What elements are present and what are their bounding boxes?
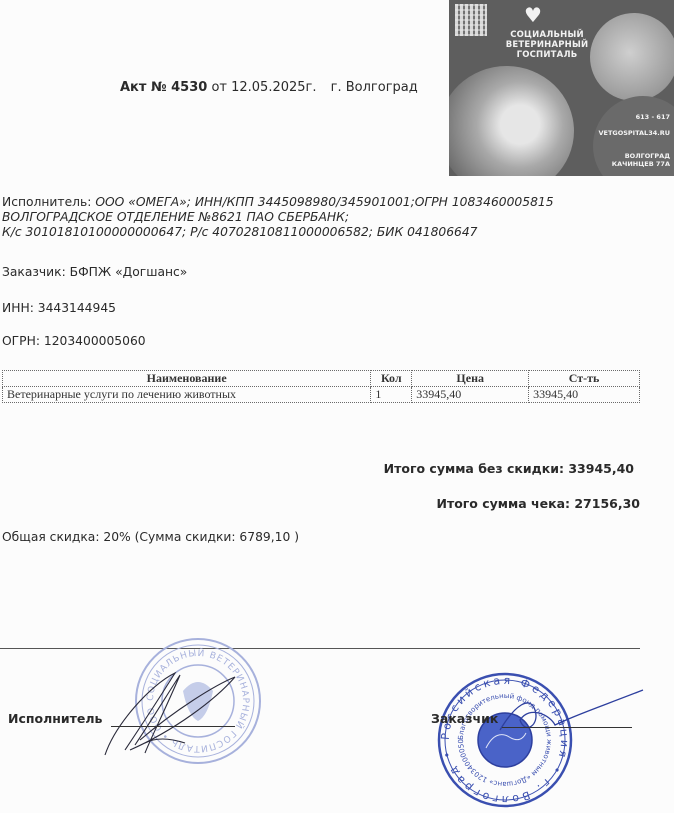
cell-qty: 1 xyxy=(371,387,412,403)
executor-label: Исполнитель: xyxy=(2,195,91,209)
executor-signature-line xyxy=(111,726,235,727)
banner-phone: 613 - 617 xyxy=(636,113,670,121)
banner-address: ВОЛГОГРАД КАЧИНЦЕВ 77А xyxy=(612,152,670,168)
column-header-price: Цена xyxy=(412,371,529,387)
executor-line-1: ООО «ОМЕГА»; ИНН/КПП 3445098980/34590100… xyxy=(95,195,553,209)
banner-website: VETGOSPITAL34.RU xyxy=(598,129,670,137)
receipt-total: Итого сумма чека: 27156,30 xyxy=(436,496,640,511)
act-number: Акт № 4530 xyxy=(120,80,207,95)
cell-name: Ветеринарные услуги по лечению животных xyxy=(3,387,371,403)
executor-details: Исполнитель: ООО «ОМЕГА»; ИНН/КПП 344509… xyxy=(2,195,554,240)
dog-photo xyxy=(449,66,574,176)
customer-signature xyxy=(495,685,645,745)
act-title: Акт № 4530 от 12.05.2025г. г. Волгоград xyxy=(120,80,418,95)
column-header-cost: Ст-ть xyxy=(529,371,640,387)
customer-inn: ИНН: 3443144945 xyxy=(2,301,116,315)
act-city: г. Волгоград xyxy=(331,80,418,95)
banner-title: СОЦИАЛЬНЫЙ ВЕТЕРИНАРНЫЙ ГОСПИТАЛЬ xyxy=(487,30,607,60)
executor-signature-label: Исполнитель xyxy=(8,711,102,726)
table-header-row: Наименование Кол Цена Ст-ть xyxy=(3,371,640,387)
heart-paws-icon: ♥ xyxy=(522,6,544,24)
cell-price: 33945,40 xyxy=(412,387,529,403)
customer-ogrn: ОГРН: 1203400005060 xyxy=(2,334,146,348)
cell-cost: 33945,40 xyxy=(529,387,640,403)
act-date: от 12.05.2025г. xyxy=(211,80,316,95)
total-without-discount: Итого сумма без скидки: 33945,40 xyxy=(384,461,634,476)
customer-signature-line xyxy=(502,727,632,728)
column-header-qty: Кол xyxy=(371,371,412,387)
qr-code-icon xyxy=(455,4,487,36)
discount-summary: Общая скидка: 20% (Сумма скидки: 6789,10… xyxy=(2,530,299,544)
column-header-name: Наименование xyxy=(3,371,371,387)
divider xyxy=(0,648,640,649)
items-table: Наименование Кол Цена Ст-ть Ветеринарные… xyxy=(2,370,640,403)
hospital-banner: ♥ СОЦИАЛЬНЫЙ ВЕТЕРИНАРНЫЙ ГОСПИТАЛЬ 613 … xyxy=(449,0,674,176)
executor-line-2: ВОЛГОГРАДСКОЕ ОТДЕЛЕНИЕ №8621 ПАО СБЕРБА… xyxy=(2,210,554,225)
executor-line-3: К/с 30101810100000000647; Р/с 4070281081… xyxy=(2,225,554,240)
customer-signature-label: Заказчик xyxy=(431,711,498,726)
table-row: Ветеринарные услуги по лечению животных … xyxy=(3,387,640,403)
customer-name: Заказчик: БФПЖ «Догшанс» xyxy=(2,265,187,279)
executor-signature xyxy=(95,665,240,760)
